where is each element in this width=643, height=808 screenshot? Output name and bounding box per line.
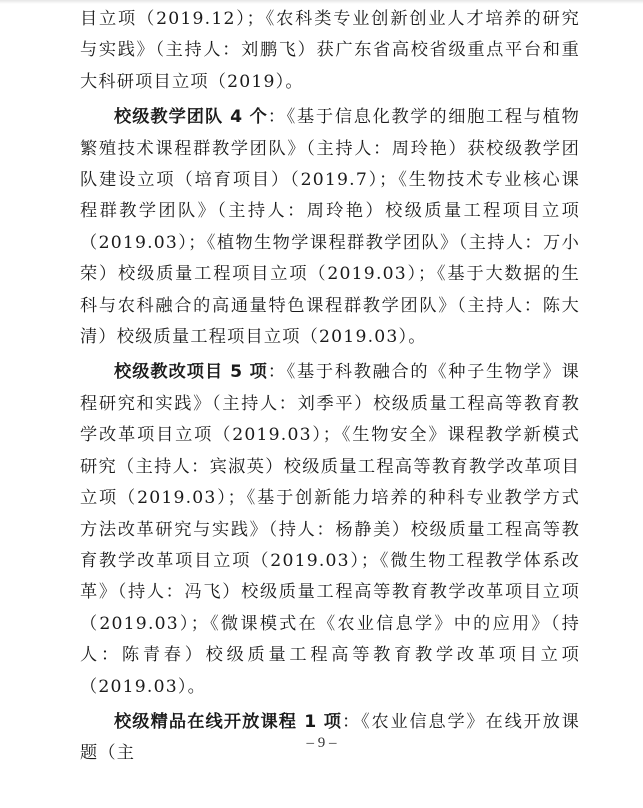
document-page: 目立项（2019.12）；《农科类专业创新创业人才培养的研究与实践》（主持人：刘…: [80, 4, 580, 770]
paragraph-heading: 校级教改项目 5 项: [114, 362, 268, 382]
paragraph-heading: 校级精品在线开放课程 1 项: [114, 712, 342, 732]
paragraph-text: ：《基于信息化教学的细胞工程与植物繁殖技术课程群教学团队》（主持人：周玲艳）获校…: [80, 107, 580, 347]
paragraph-text: 目立项（2019.12）；《农科类专业创新创业人才培养的研究与实践》（主持人：刘…: [80, 9, 580, 92]
paragraph-teaching-teams: 校级教学团队 4 个：《基于信息化教学的细胞工程与植物繁殖技术课程群教学团队》（…: [80, 102, 580, 353]
paragraph-continuation: 目立项（2019.12）；《农科类专业创新创业人才培养的研究与实践》（主持人：刘…: [80, 4, 580, 98]
paragraph-heading: 校级教学团队 4 个: [114, 107, 268, 127]
paragraph-text: ：《基于科教融合的《种子生物学》课程研究和实践》（主持人：刘季平）校级质量工程高…: [80, 362, 580, 696]
paragraph-reform-projects: 校级教改项目 5 项：《基于科教融合的《种子生物学》课程研究和实践》（主持人：刘…: [80, 357, 580, 702]
page-number: – 9 –: [0, 735, 643, 752]
